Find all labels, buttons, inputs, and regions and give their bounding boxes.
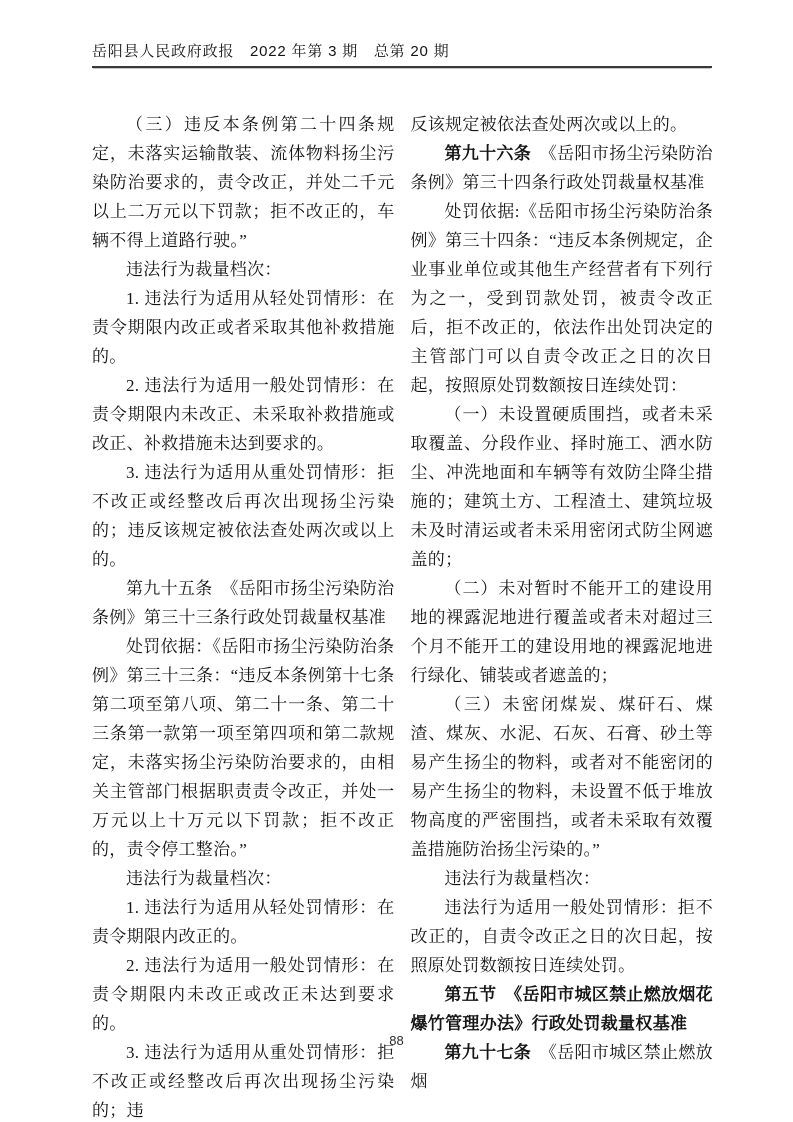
- level-2-paragraph-2: 2. 违法行为适用一般处罚情形：在责令期限内未改正或改正未达到要求的。: [92, 951, 395, 1038]
- item-1-paragraph: （一）未设置硬质围挡，或者未采取覆盖、分段作业、择时施工、洒水防尘、冲洗地面和车…: [411, 400, 714, 574]
- continuation-paragraph: 反该规定被依法查处两次或以上的。: [411, 110, 714, 139]
- article-95-basis: 处罚依据：《岳阳市扬尘污染防治条例》第三十三条：“违反本条例第十七条第二项至第八…: [92, 632, 395, 864]
- article-body: （三）违反本条例第二十四条规定，未落实运输散装、流体物料扬尘污染防治要求的，责令…: [92, 110, 713, 1122]
- page-number: 88: [389, 1033, 403, 1048]
- level-3-paragraph-2: 3. 违法行为适用从重处罚情形：拒不改正或经整改后再次出现扬尘污染的；违: [92, 1038, 395, 1122]
- section-5-heading: 第五节 《岳阳市城区禁止燃放烟花爆竹管理办法》行政处罚裁量权基准: [411, 980, 714, 1038]
- left-column: （三）违反本条例第二十四条规定，未落实运输散装、流体物料扬尘污染防治要求的，责令…: [92, 110, 395, 1122]
- item-2-paragraph: （二）未对暂时不能开工的建设用地的裸露泥地进行覆盖或者未对超过三个月不能开工的建…: [411, 574, 714, 690]
- page-header: 岳阳县人民政府政报 2022 年第 3 期 总第 20 期: [92, 40, 712, 68]
- discretion-levels-label-3: 违法行为裁量档次：: [411, 864, 714, 893]
- level-3-paragraph: 3. 违法行为适用从重处罚情形：拒不改正或经整改后再次出现扬尘污染的；违反该规定…: [92, 458, 395, 574]
- discretion-levels-label-2: 违法行为裁量档次：: [92, 864, 395, 893]
- level-2-paragraph: 2. 违法行为适用一般处罚情形：在责令期限内未改正、未采取补救措施或改正、补救措…: [92, 371, 395, 458]
- level-1-paragraph: 1. 违法行为适用从轻处罚情形：在责令期限内改正或者采取其他补救措施的。: [92, 284, 395, 371]
- gazette-page: 岳阳县人民政府政报 2022 年第 3 期 总第 20 期 （三）违反本条例第二…: [0, 0, 793, 1122]
- item-3-paragraph: （三）未密闭煤炭、煤矸石、煤渣、煤灰、水泥、石灰、石膏、砂土等易产生扬尘的物料，…: [411, 690, 714, 864]
- article-96-heading: 第九十六条 《岳阳市扬尘污染防治条例》第三十四条行政处罚裁量权基准: [411, 139, 714, 197]
- discretion-levels-label: 违法行为裁量档次：: [92, 255, 395, 284]
- gazette-title: 岳阳县人民政府政报 2022 年第 3 期 总第 20 期: [92, 40, 712, 68]
- article-96-number: 第九十六条: [445, 144, 532, 163]
- page-footer: 88: [0, 1033, 793, 1048]
- article-96-basis: 处罚依据:《岳阳市扬尘污染防治条例》第三十四条：“违反本条例规定，企业事业单位或…: [411, 197, 714, 400]
- right-column: 反该规定被依法查处两次或以上的。 第九十六条 《岳阳市扬尘污染防治条例》第三十四…: [411, 110, 714, 1122]
- clause-3-paragraph: （三）违反本条例第二十四条规定，未落实运输散装、流体物料扬尘污染防治要求的，责令…: [92, 110, 395, 255]
- article-95-heading: 第九十五条 《岳阳市扬尘污染防治条例》第三十三条行政处罚裁量权基准: [92, 574, 395, 632]
- level-1-paragraph-2: 1. 违法行为适用从轻处罚情形：在责令期限内改正的。: [92, 893, 395, 951]
- general-penalty-paragraph: 违法行为适用一般处罚情形：拒不改正的，自责令改正之日的次日起，按照原处罚数额按日…: [411, 893, 714, 980]
